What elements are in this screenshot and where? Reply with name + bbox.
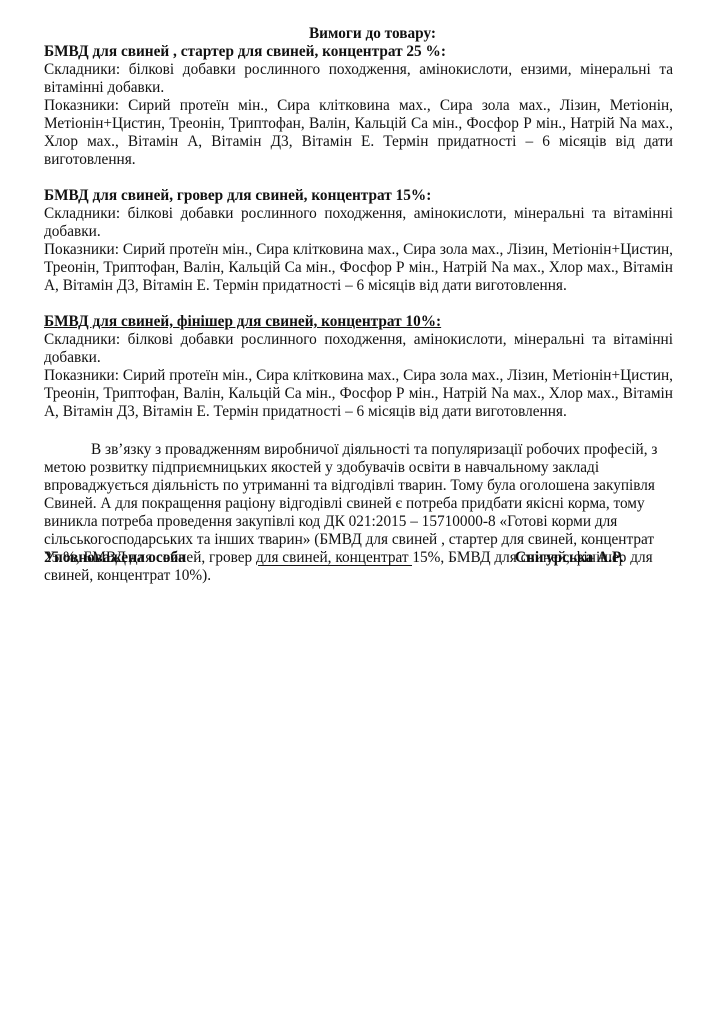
signature-role: Уповноважена особа bbox=[44, 549, 186, 567]
product-ingredients: Складники: білкові добавки рослинного по… bbox=[44, 61, 673, 97]
product-indicators: Показники: Сирий протеїн мін., Сира кліт… bbox=[44, 97, 673, 169]
section-spacer bbox=[44, 295, 673, 313]
product-indicators: Показники: Сирий протеїн мін., Сира кліт… bbox=[44, 367, 673, 421]
product-heading: БМВД для свиней , стартер для свиней, ко… bbox=[44, 43, 673, 61]
product-section-starter: БМВД для свиней , стартер для свиней, ко… bbox=[44, 43, 673, 169]
document-title: Вимоги до товару: bbox=[44, 25, 673, 43]
product-ingredients: Складники: білкові добавки рослинного по… bbox=[44, 331, 673, 367]
product-ingredients: Складники: білкові добавки рослинного по… bbox=[44, 205, 673, 241]
signature-block: Уповноважена особа Снігурська А.Р. bbox=[44, 549, 673, 569]
document-page: Вимоги до товару: БМВД для свиней , стар… bbox=[44, 25, 673, 585]
product-heading: БМВД для свиней, фінішер для свиней, кон… bbox=[44, 313, 673, 331]
section-spacer bbox=[44, 421, 673, 441]
product-heading: БМВД для свиней, гровер для свиней, конц… bbox=[44, 187, 673, 205]
section-spacer bbox=[44, 169, 673, 187]
signature-name: Снігурська А.Р. bbox=[515, 549, 623, 567]
product-indicators: Показники: Сирий протеїн мін., Сира кліт… bbox=[44, 241, 673, 295]
product-section-grower: БМВД для свиней, гровер для свиней, конц… bbox=[44, 187, 673, 295]
product-section-finisher: БМВД для свиней, фінішер для свиней, кон… bbox=[44, 313, 673, 421]
signature-line bbox=[258, 549, 412, 566]
